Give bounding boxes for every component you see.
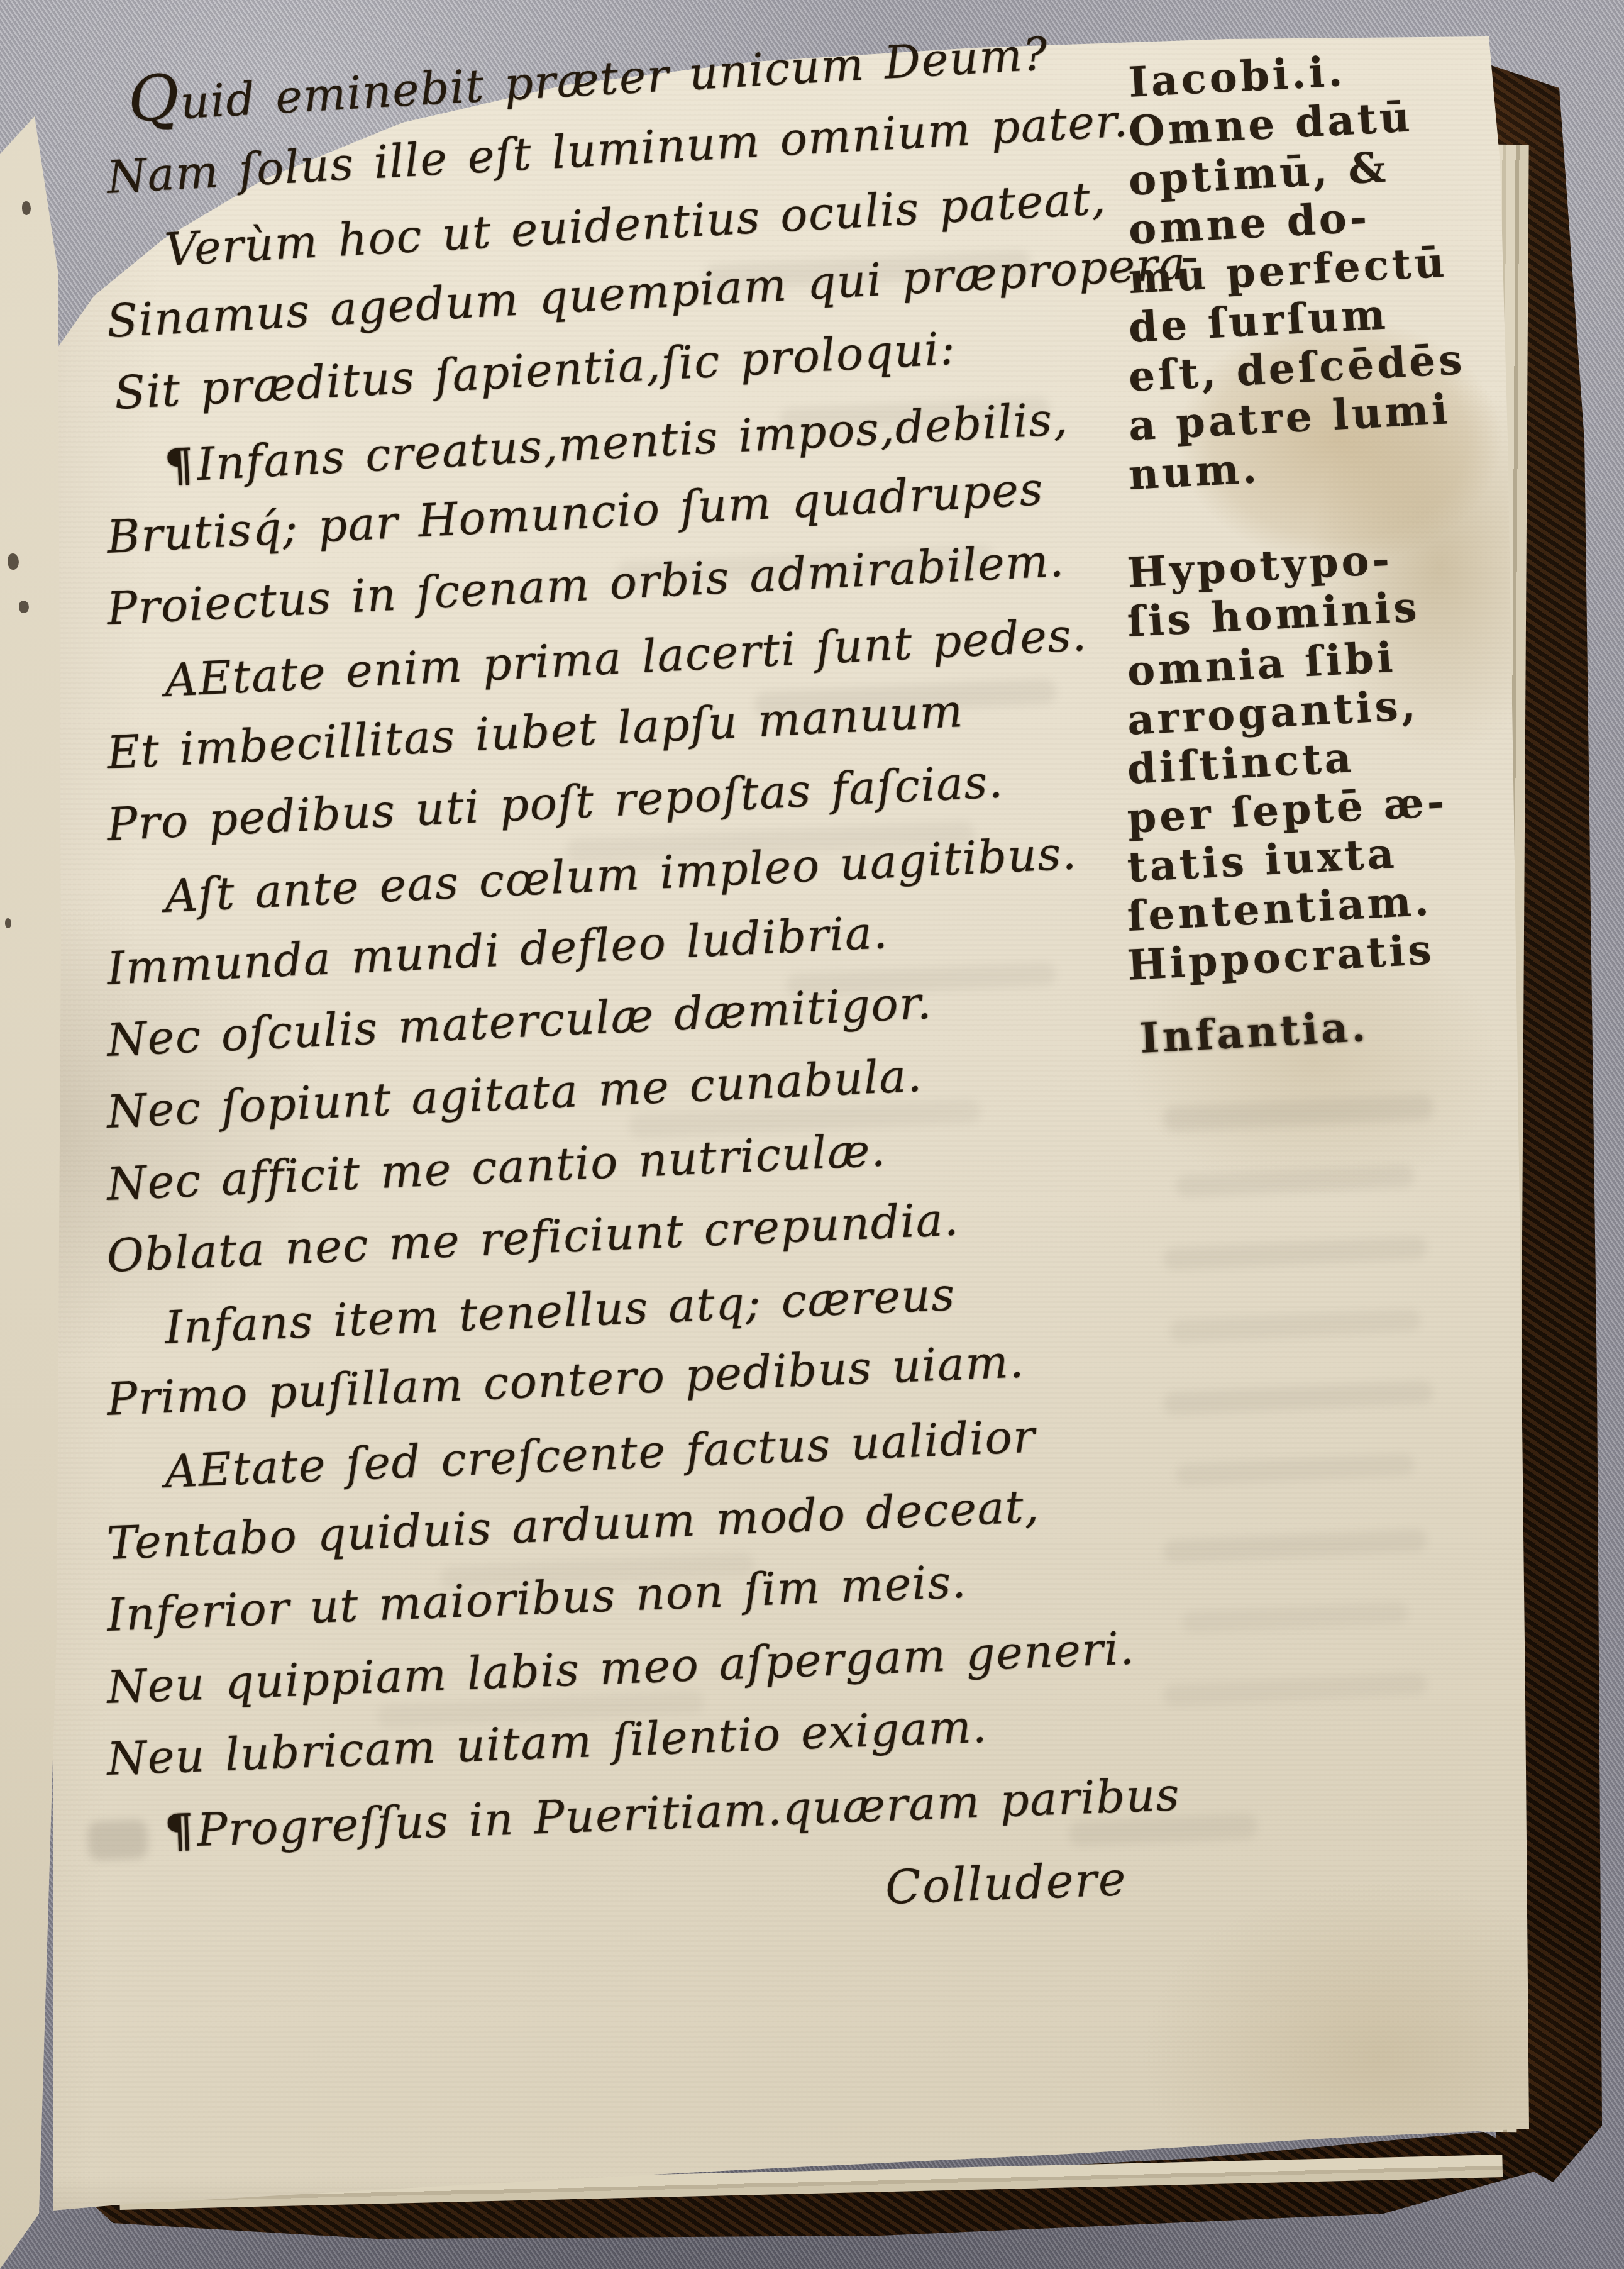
pilcrow-mark: ¶ [163, 1803, 195, 1858]
photo-of-book-page: Quid eminebit præter unicum Deum?Nam ſol… [0, 0, 1624, 2269]
pilcrow-mark: ¶ [163, 437, 196, 492]
large-initial: Q [126, 61, 182, 136]
ink-speck [22, 201, 31, 215]
margin-note-line: num. [1127, 443, 1261, 499]
ink-speck [5, 918, 11, 928]
show-through-smudge [87, 1819, 149, 1861]
ink-speck [8, 553, 19, 570]
catchword: Colludere [885, 1852, 1128, 1915]
ink-speck [19, 601, 29, 613]
